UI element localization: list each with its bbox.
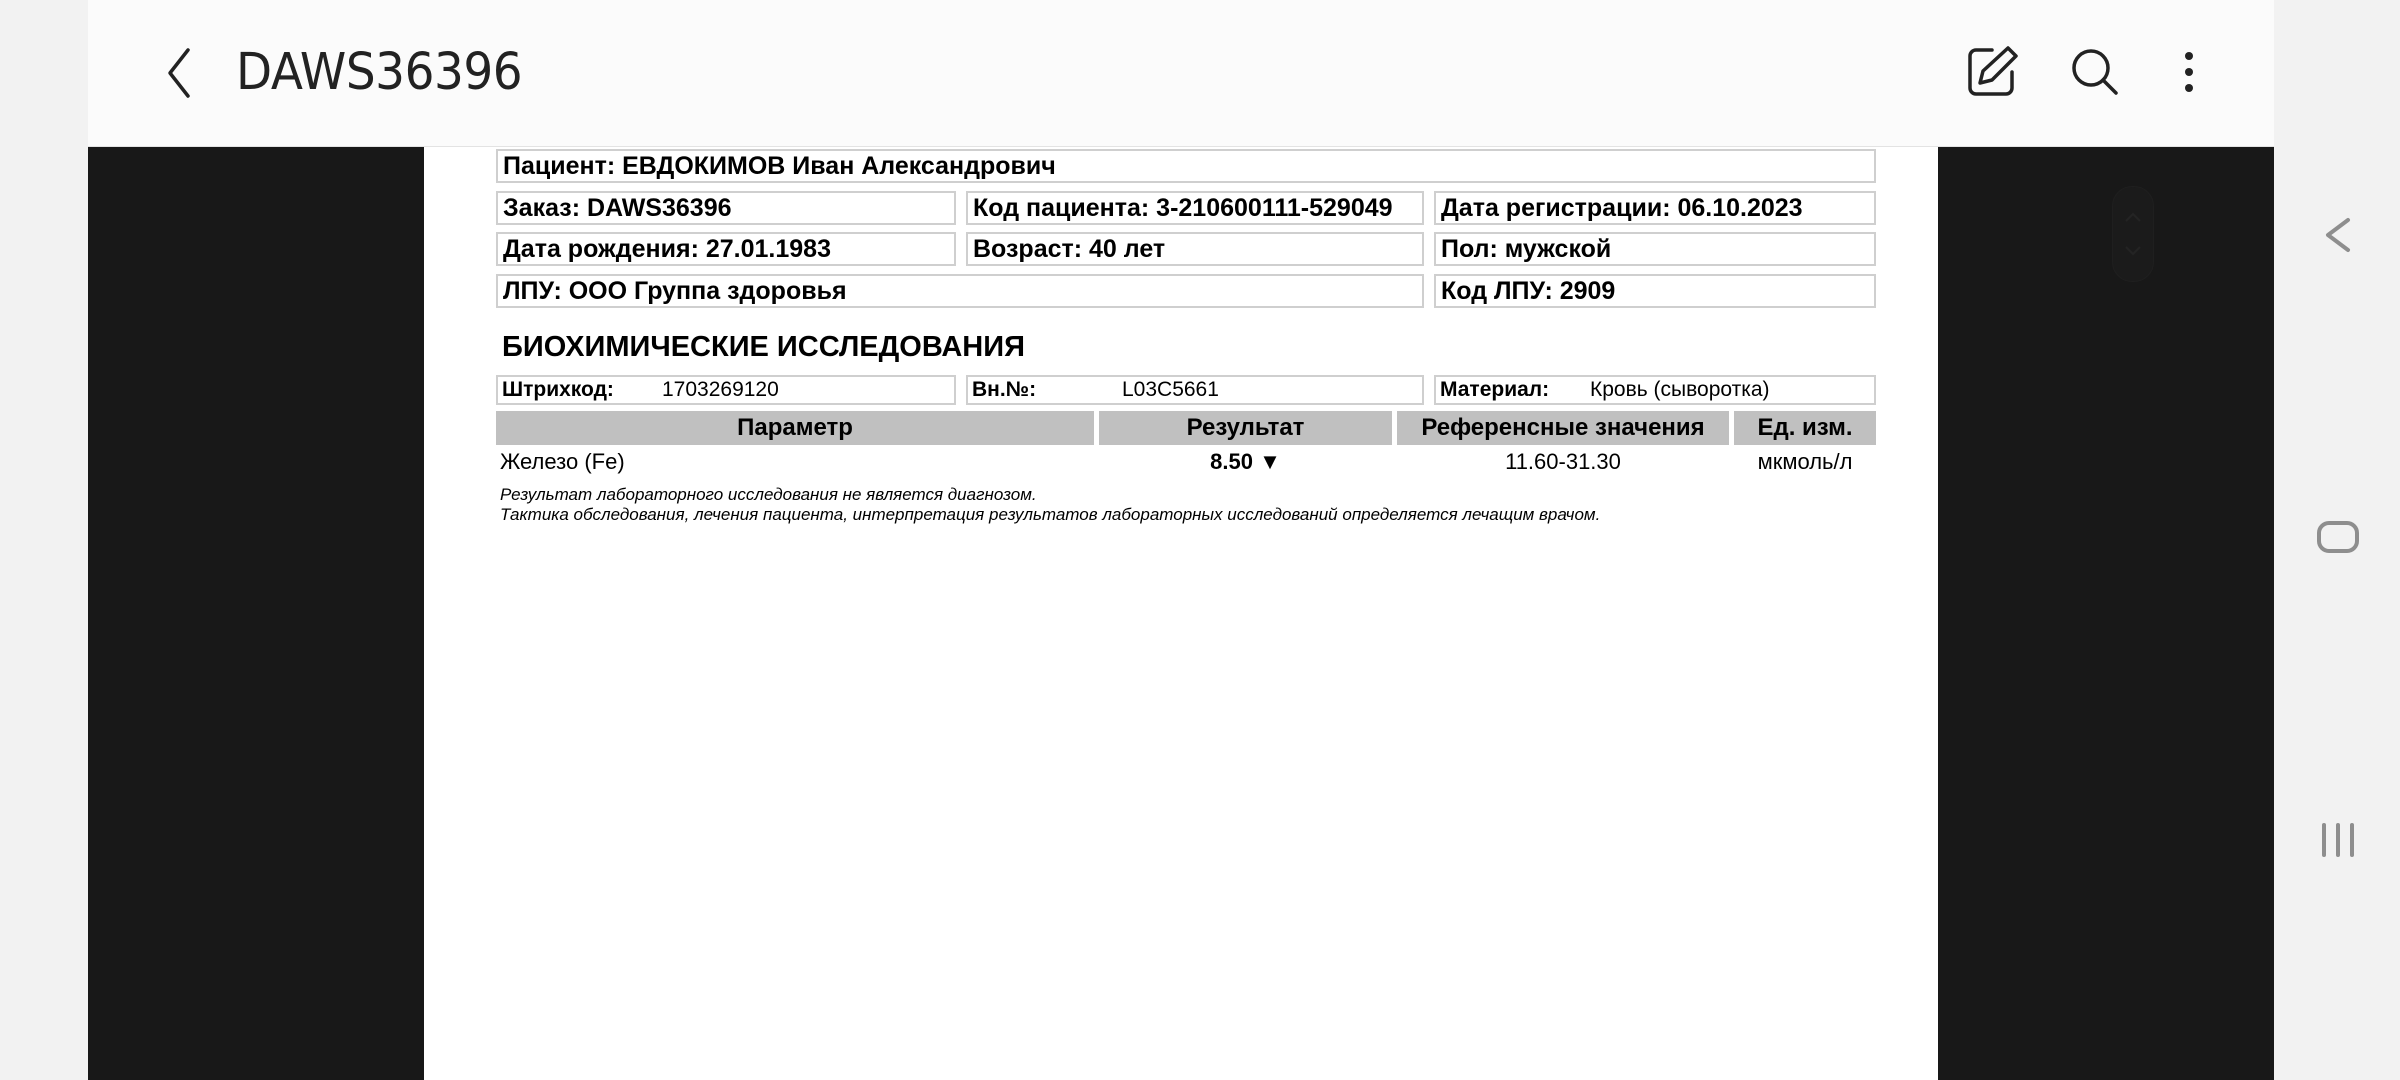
internal-number-label: Вн.№:: [972, 377, 1122, 403]
more-options-button[interactable]: [2160, 44, 2218, 102]
lpu: ЛПУ: ООО Группа здоровья: [496, 274, 1424, 308]
more-vertical-icon: [2160, 44, 2218, 102]
edit-button[interactable]: [1962, 44, 2020, 102]
internal-number-field: Вн.№:L03C5661: [966, 375, 1424, 405]
chevron-left-icon: [150, 44, 208, 102]
internal-number-value: L03C5661: [1122, 378, 1219, 401]
document-title: DAWS36396: [236, 40, 522, 106]
age: Возраст: 40 лет: [966, 232, 1424, 266]
nav-home-icon: [2292, 492, 2382, 582]
material-field: Материал:Кровь (сыворотка): [1434, 375, 1876, 405]
barcode-field: Штрихкод:1703269120: [496, 375, 956, 405]
header-result: Результат: [1099, 411, 1392, 445]
app-bar: DAWS36396: [88, 0, 2274, 147]
interpretation-note: Тактика обследования, лечения пациента, …: [500, 505, 1600, 525]
search-button[interactable]: [2066, 44, 2124, 102]
barcode-label: Штрихкод:: [502, 377, 662, 403]
nav-back-button[interactable]: [2292, 190, 2382, 280]
system-navigation-bar: [2274, 0, 2400, 1080]
order-number: Заказ: DAWS36396: [496, 191, 956, 225]
back-button[interactable]: [150, 44, 208, 102]
disclaimer-note: Результат лабораторного исследования не …: [500, 485, 1037, 505]
fast-scroll-handle[interactable]: [2112, 186, 2154, 282]
nav-recents-icon: [2292, 795, 2382, 885]
nav-home-button[interactable]: [2292, 492, 2382, 582]
registration-date: Дата регистрации: 06.10.2023: [1434, 191, 1876, 225]
cell-unit: мкмоль/л: [1734, 445, 1876, 479]
cell-parameter: Железо (Fe): [500, 445, 1090, 479]
nav-back-icon: [2292, 190, 2382, 280]
pdf-viewer-app: DAWS36396 Пациент: ЕВДОКИМОВ Иван Алекса…: [88, 0, 2274, 1080]
patient-code: Код пациента: 3-210600111-529049: [966, 191, 1424, 225]
lpu-code: Код ЛПУ: 2909: [1434, 274, 1876, 308]
material-label: Материал:: [1440, 377, 1590, 403]
cell-result: 8.50 ▼: [1099, 445, 1392, 479]
header-reference: Референсные значения: [1397, 411, 1729, 445]
barcode-value: 1703269120: [662, 378, 779, 401]
patient-name: Пациент: ЕВДОКИМОВ Иван Александрович: [496, 149, 1876, 183]
scroll-arrows-icon: [2113, 187, 2153, 281]
header-unit: Ед. изм.: [1734, 411, 1876, 445]
section-title: БИОХИМИЧЕСКИЕ ИССЛЕДОВАНИЯ: [502, 331, 1025, 364]
material-value: Кровь (сыворотка): [1590, 378, 1770, 401]
document-page[interactable]: Пациент: ЕВДОКИМОВ Иван Александрович За…: [424, 147, 1938, 1080]
nav-recents-button[interactable]: [2292, 795, 2382, 885]
sex: Пол: мужской: [1434, 232, 1876, 266]
search-icon: [2066, 44, 2124, 102]
cell-reference: 11.60-31.30: [1397, 445, 1729, 479]
edit-pencil-square-icon: [1962, 44, 2020, 102]
birth-date: Дата рождения: 27.01.1983: [496, 232, 956, 266]
header-parameter: Параметр: [496, 411, 1094, 445]
